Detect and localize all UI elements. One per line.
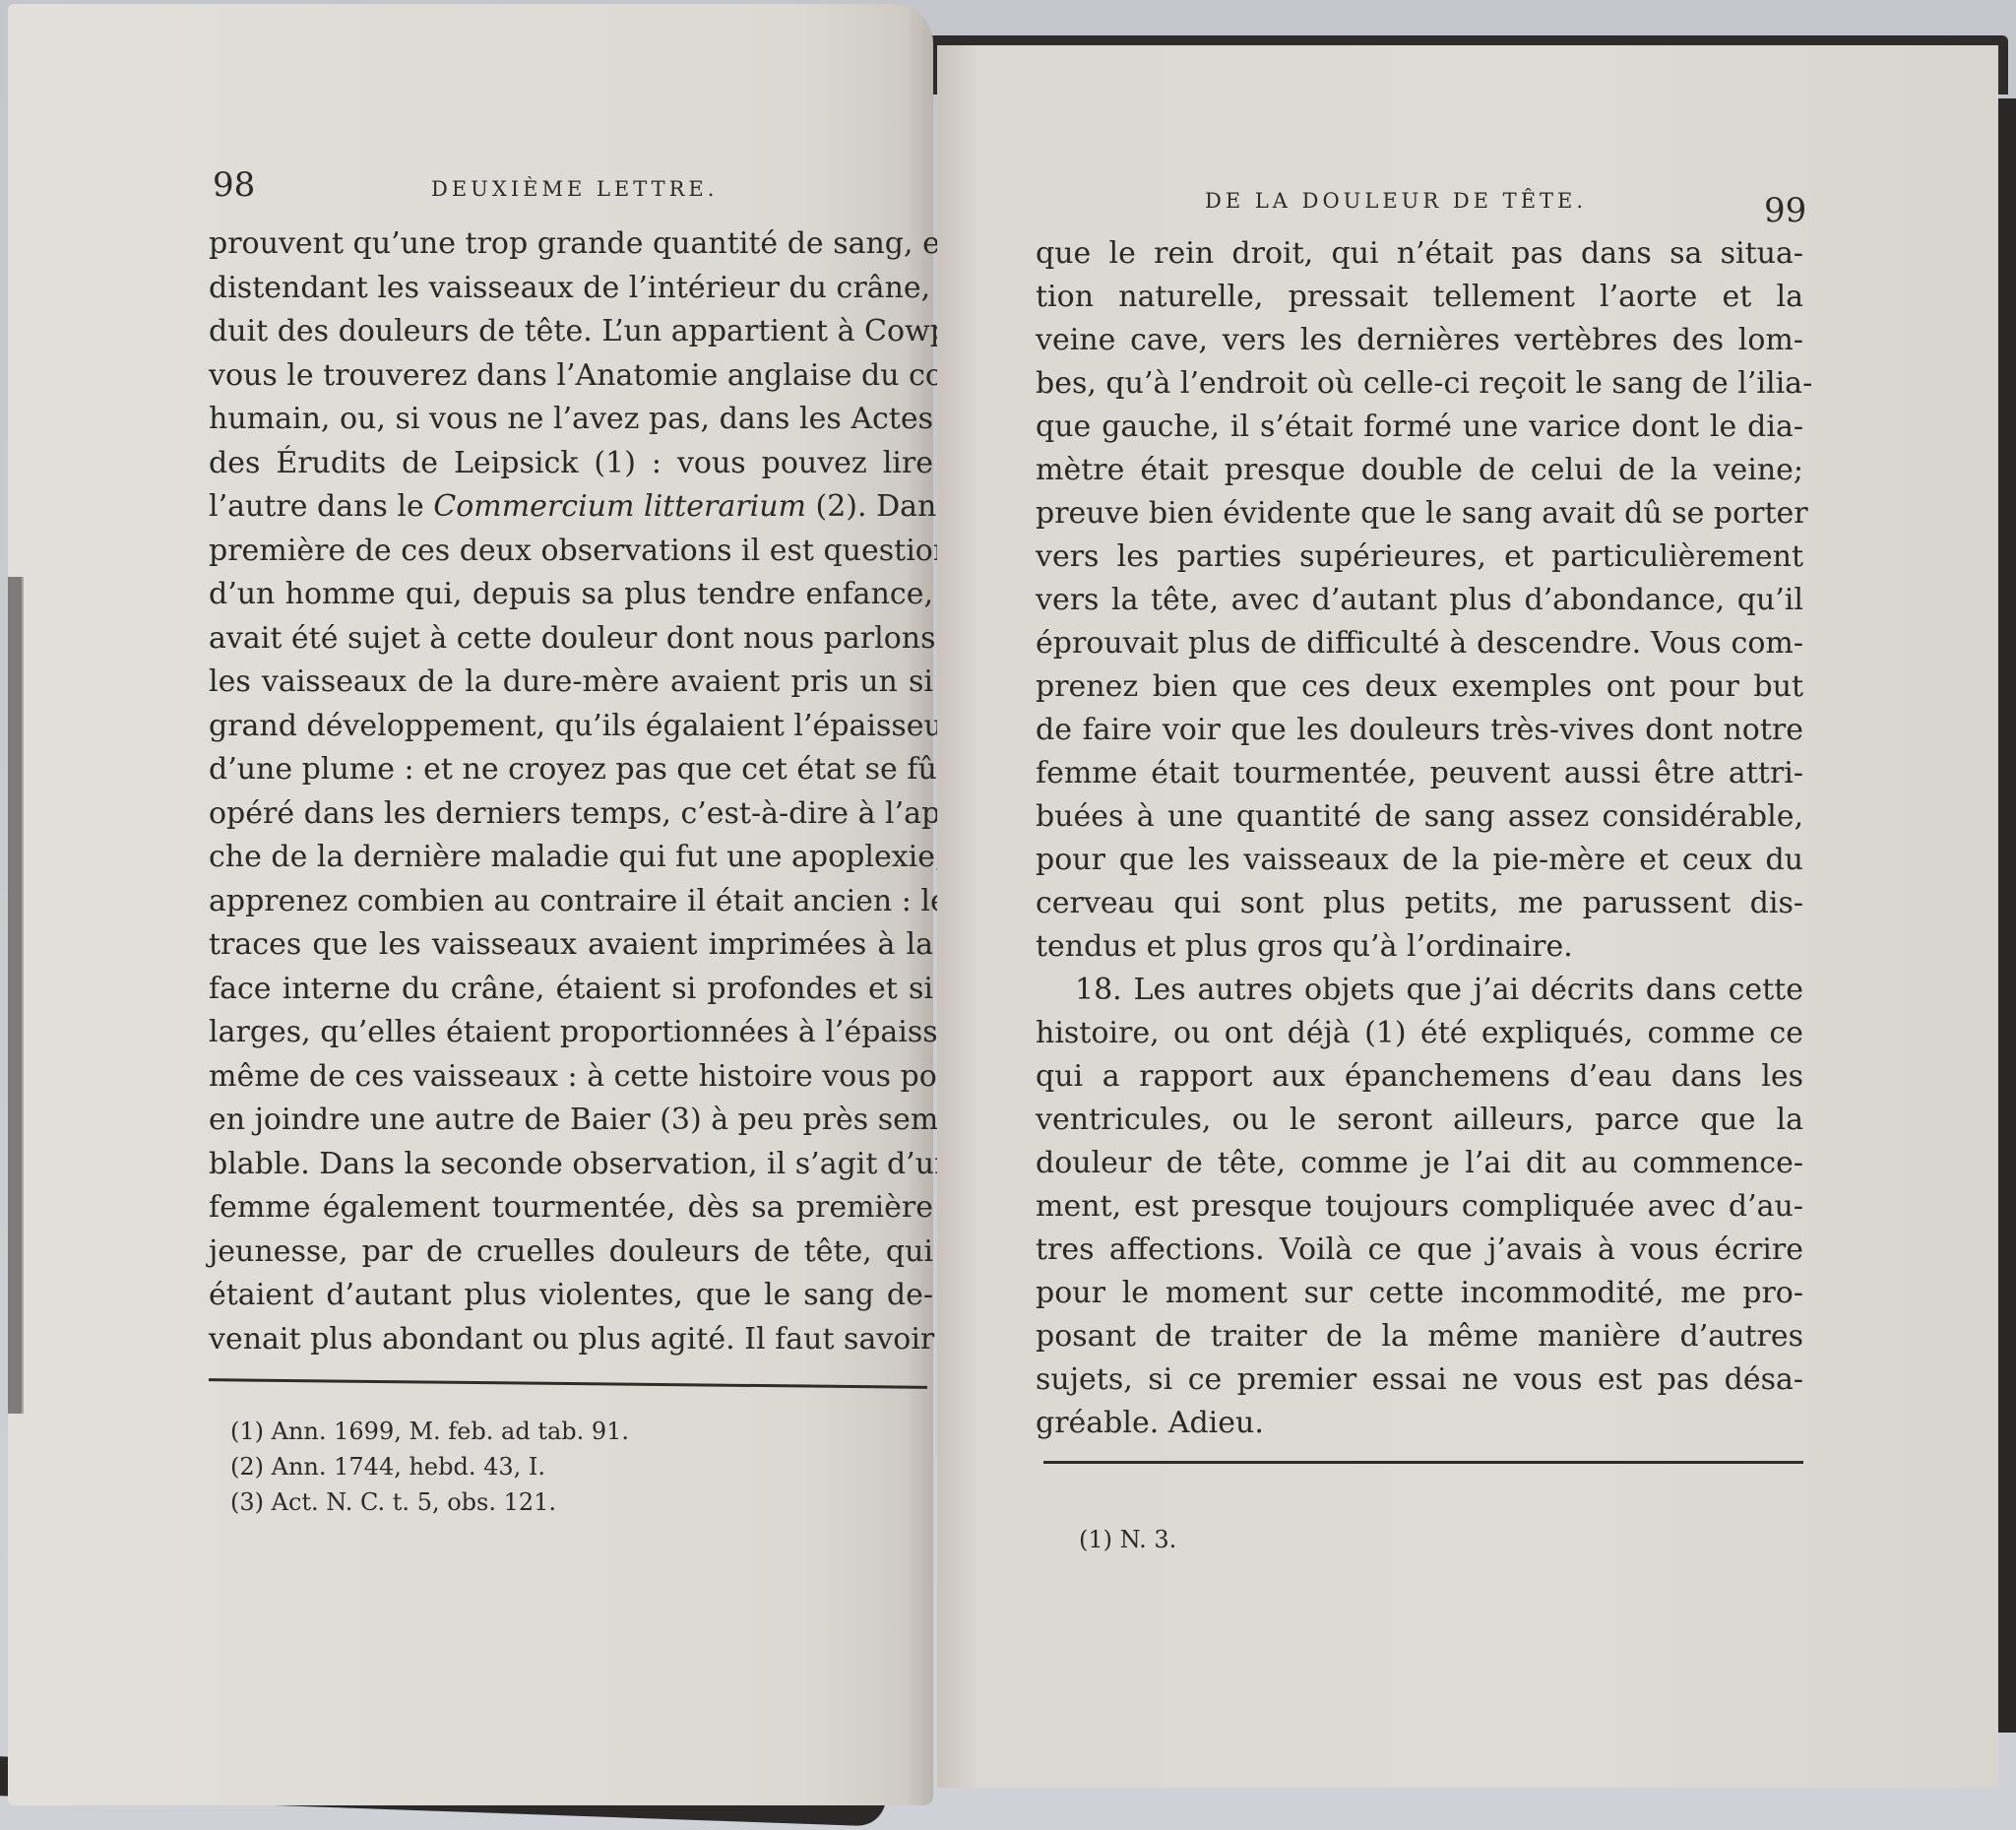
footnote-2: (2) Ann. 1744, hebd. 43, I. — [230, 1449, 629, 1484]
text-line: humain, ou, si vous ne l’avez pas, dans … — [209, 398, 933, 442]
page-edge-tab — [8, 577, 24, 1414]
text-line: des Érudits de Leipsick (1) : vous pouve… — [209, 442, 933, 486]
text-line: ventricules, ou le seront ailleurs, parc… — [1036, 1099, 1803, 1142]
text-line: tres affections. Voilà ce que j’avais à … — [1036, 1229, 1803, 1272]
text-line: même de ces vaisseaux : à cette histoire… — [209, 1055, 933, 1100]
text-line: d’un homme qui, depuis sa plus tendre en… — [209, 573, 933, 617]
text-line: douleur de tête, comme je l’ai dit au co… — [1036, 1142, 1803, 1185]
text-line: venait plus abondant ou plus agité. Il f… — [209, 1318, 933, 1362]
text-line: prouvent qu’une trop grande quantité de … — [209, 222, 933, 267]
text-line: distendant les vaisseaux de l’intérieur … — [209, 267, 933, 311]
right-page: DE LA DOULEUR DE TÊTE. 99 que le rein dr… — [937, 45, 1998, 1788]
italic-title: Commercium litterarium — [433, 489, 806, 524]
text-line: qui a rapport aux épanchemens d’eau dans… — [1036, 1055, 1803, 1099]
page-number-right: 99 — [1764, 191, 1806, 230]
text-line: apprenez combien au contraire il était a… — [209, 880, 933, 924]
text-line: jeunesse, par de cruelles douleurs de tê… — [209, 1231, 933, 1275]
text-line: femme également tourmentée, dès sa premi… — [209, 1186, 933, 1231]
text-line: avait été sujet à cette douleur dont nou… — [209, 617, 933, 662]
text-line: grand développement, qu’ils égalaient l’… — [209, 705, 933, 749]
footnote-3: (3) Act. N. C. t. 5, obs. 121. — [230, 1484, 629, 1520]
text-line-with-italic: l’autre dans le Commercium litterarium (… — [209, 485, 933, 530]
text-line: veine cave, vers les dernières vertèbres… — [1036, 319, 1803, 362]
text-line: histoire, ou ont déjà (1) été expliqués,… — [1036, 1012, 1803, 1055]
footnote-1: (1) N. 3. — [1079, 1522, 1176, 1557]
text-line: vers la tête, avec d’autant plus d’abond… — [1036, 579, 1803, 622]
text-line: sujets, si ce premier essai ne vous est … — [1036, 1358, 1803, 1402]
footnotes-left: (1) Ann. 1699, M. feb. ad tab. 91. (2) A… — [230, 1414, 629, 1520]
text-line: première de ces deux observations il est… — [209, 530, 933, 574]
text-line: pour que les vaisseaux de la pie-mère et… — [1036, 839, 1803, 882]
text-line: preuve bien évidente que le sang avait d… — [1036, 492, 1803, 536]
text-line: gréable. Adieu. — [1036, 1402, 1803, 1445]
text-line: les vaisseaux de la dure-mère avaient pr… — [209, 661, 933, 705]
text-line: opéré dans les derniers temps, c’est-à-d… — [209, 792, 933, 837]
text-line: en joindre une autre de Baier (3) à peu … — [209, 1099, 933, 1143]
text-line: posant de traiter de la même manière d’a… — [1036, 1315, 1803, 1358]
text-line: étaient d’autant plus violentes, que le … — [209, 1274, 933, 1318]
text-line: ment, est presque toujours compliquée av… — [1036, 1185, 1803, 1229]
text-line: vous le trouverez dans l’Anatomie anglai… — [209, 354, 933, 399]
text-line: femme était tourmentée, peuvent aussi êt… — [1036, 752, 1803, 795]
footnotes-right: (1) N. 3. — [1079, 1522, 1176, 1557]
text-line: de faire voir que les douleurs très-vive… — [1036, 709, 1803, 752]
text-line: éprouvait plus de difficulté à descendre… — [1036, 622, 1803, 665]
footnote-rule-left — [209, 1378, 927, 1389]
text-line: d’une plume : et ne croyez pas que cet é… — [209, 748, 933, 792]
left-page: 98 DEUXIÈME LETTRE. prouvent qu’une trop… — [8, 4, 933, 1805]
text-line: vers les parties supérieures, et particu… — [1036, 536, 1803, 579]
left-body-text: prouvent qu’une trop grande quantité de … — [209, 222, 933, 1361]
footnote-1: (1) Ann. 1699, M. feb. ad tab. 91. — [230, 1414, 629, 1449]
text-line: blable. Dans la seconde observation, il … — [209, 1143, 933, 1187]
running-head-left: DEUXIÈME LETTRE. — [431, 177, 718, 201]
text-line: mètre était presque double de celui de l… — [1036, 449, 1803, 492]
text-line: pour le moment sur cette incommodité, me… — [1036, 1272, 1803, 1315]
right-body-text: que le rein droit, qui n’était pas dans … — [1036, 232, 1803, 1445]
text-line: bes, qu’à l’endroit où celle-ci reçoit l… — [1036, 362, 1803, 406]
page-number-left: 98 — [213, 165, 255, 205]
text-line: che de la dernière maladie qui fut une a… — [209, 836, 933, 880]
text-line: duit des douleurs de tête. L’un appartie… — [209, 310, 933, 354]
text-line: prenez bien que ces deux exemples ont po… — [1036, 665, 1803, 709]
text-line: traces que les vaisseaux avaient imprimé… — [209, 923, 933, 968]
text-line: tion naturelle, pressait tellement l’aor… — [1036, 276, 1803, 319]
text-line: que le rein droit, qui n’était pas dans … — [1036, 232, 1803, 276]
text-line: larges, qu’elles étaient proportionnées … — [209, 1011, 933, 1055]
footnote-rule-right — [1043, 1461, 1803, 1464]
text-line: cerveau qui sont plus petits, me parusse… — [1036, 882, 1803, 925]
text-line: face interne du crâne, étaient si profon… — [209, 968, 933, 1012]
text-line: buées à une quantité de sang assez consi… — [1036, 795, 1803, 839]
paragraph-start-18: 18. Les autres objets que j’ai décrits d… — [1036, 969, 1803, 1012]
text-line: tendus et plus gros qu’à l’ordinaire. — [1036, 925, 1803, 969]
running-head-right: DE LA DOULEUR DE TÊTE. — [1205, 189, 1587, 213]
text-line: que gauche, il s’était formé une varice … — [1036, 406, 1803, 449]
